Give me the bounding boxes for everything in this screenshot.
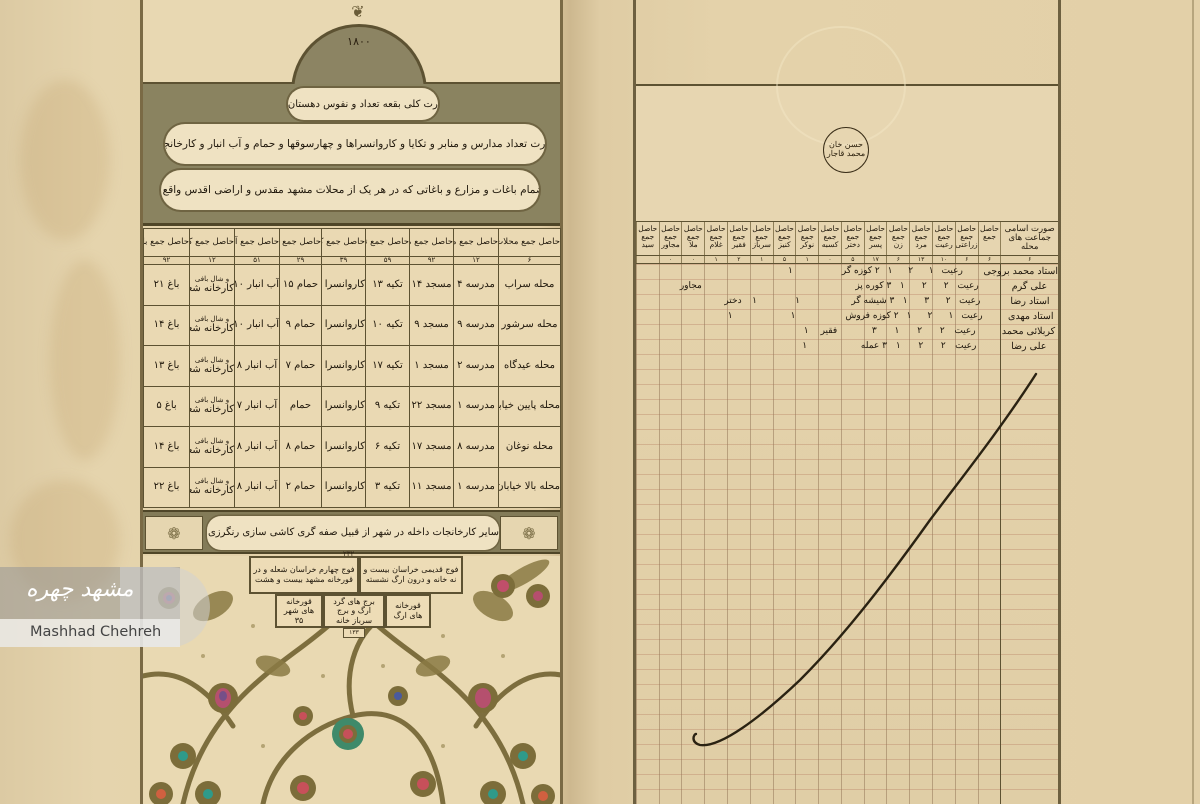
ledger-cell	[771, 339, 794, 354]
ledger-cell	[677, 264, 698, 279]
cell-madrese: مدرسه ۱	[454, 386, 499, 427]
ledger-row: استاد مهدی رعیت ۱ ۲ ۱ ۲ کوزه فروش ۱ ۱	[636, 309, 1058, 324]
cell-ab-anbar: آب انبار ۱۰	[235, 305, 280, 346]
cell-note: و شال بافی	[190, 396, 234, 404]
ledger-cell	[741, 309, 762, 324]
table-header-row: حاصل جمع باغات حاصل جمع کارخانجات حاصل ج…	[144, 229, 561, 257]
cell-takye: تکیه ۱۳	[366, 265, 410, 306]
total-cell: ۹۲	[144, 257, 190, 265]
cell-hammam: حمام ۹	[280, 305, 322, 346]
ledger-cell: ۱	[887, 339, 910, 354]
ownership-seal: حسن خان محمد قاجار	[823, 127, 869, 173]
ledger-cell	[657, 264, 678, 279]
cell-takye: تکیه ۶	[366, 427, 410, 468]
ledger-col-header: حاصل جمع	[978, 222, 1001, 255]
cell-value: کارخانه شعربافی ۳	[190, 485, 235, 496]
ledger-col-header: حاصل جمع مجاور	[659, 222, 682, 255]
note-box: قورخانه های ارگ	[385, 594, 431, 628]
ledger-cell: رعیت	[959, 294, 981, 309]
cell-madrese: مدرسه ۹	[454, 305, 499, 346]
ledger-row: استاد رضا رعیت ۲ ۳ ۱ ۳ شیشه گر ۱ ۱ دختر	[636, 294, 1058, 309]
ledger-cell	[636, 309, 657, 324]
ledger-cell	[698, 264, 719, 279]
ledger-cell	[636, 294, 658, 309]
table-row: باغ ۱۴ و شال بافیکارخانه شعربافی ۲ آب ان…	[144, 305, 561, 346]
ledger-total: ۵	[841, 256, 864, 263]
ledger-cell: ۱	[783, 309, 804, 324]
ledger-cell: رعیت	[942, 264, 963, 279]
ledger-cell	[746, 279, 768, 294]
cell-hammam: حمام ۸	[280, 427, 322, 468]
ledger-cell: رعیت	[961, 309, 982, 324]
ledger-total: ۱	[795, 256, 818, 263]
ledger-row: کربلائی محمد رعیت ۲ ۲ ۱ ۳ فقیر ۱	[636, 324, 1058, 339]
ledger-total: ۵	[773, 256, 796, 263]
cell-note: و شال بافی	[190, 356, 234, 364]
ledger-total: ۶	[955, 256, 978, 263]
ledger-cell	[726, 339, 749, 354]
ledger-cell-name: کربلائی محمد	[999, 324, 1058, 339]
col-header-masjed: حاصل جمع مساجد	[410, 229, 454, 257]
ledger-cell: رعیت	[957, 279, 979, 294]
cell-karvansara: کاروانسرا و تیمچه	[322, 346, 366, 387]
table-totals-row: ۹۲ ۱۲ ۵۱ ۲۹ ۳۹ ۵۹ ۹۲ ۱۲ ۶	[144, 257, 561, 265]
ledger-cell	[840, 324, 863, 339]
ledger-cell	[701, 294, 723, 309]
watermark-logo-text: مشهد چهره	[26, 577, 134, 602]
cell-mahalle: محله بالا خیابان	[499, 467, 561, 508]
cell-madrese: مدرسه ۸	[454, 427, 499, 468]
ledger-cell	[678, 309, 699, 324]
total-cell: ۵۹	[366, 257, 410, 265]
ledger-cell: مجاور	[680, 279, 702, 294]
ledger-col-header: حاصل جمع کنیز	[773, 222, 796, 255]
cell-karkhane: و شال بافیکارخانه شعربافی ۲	[190, 305, 235, 346]
cell-bagh: باغ ۱۴	[144, 305, 190, 346]
total-cell: ۲۹	[280, 257, 322, 265]
cell-value: کارخانه شعربافی ۱۵	[190, 445, 235, 456]
ledger-cell	[636, 339, 659, 354]
cell-mahalle: محله سراب	[499, 265, 561, 306]
ledger-cell-name: استاد رضا	[1002, 294, 1058, 309]
cell-madrese: مدرسه ۱	[454, 467, 499, 508]
ledger-body: استاد محمد بروجی رعیت ۱ ۲ ۱ ۲ کوزه گر ۱	[636, 264, 1058, 804]
ledger-cell: ۱	[780, 264, 801, 279]
cell-hammam: حمام	[280, 386, 322, 427]
ledger-col-header: حاصل جمع غلام	[704, 222, 727, 255]
ledger-cell	[636, 264, 657, 279]
ledger-total: ۶	[978, 256, 1001, 263]
table-row: باغ ۱۴ و شال بافیکارخانه شعربافی ۱۵ آب ا…	[144, 427, 561, 468]
ledger-total: ۶	[886, 256, 909, 263]
ledger-cell	[703, 339, 726, 354]
ledger-cell	[976, 324, 999, 339]
ledger-cell-name: استاد مهدی	[1004, 309, 1058, 324]
ledger-cell: ۱	[793, 339, 816, 354]
title-cloud-2: صورت تعداد مدارس و منابر و تکایا و کاروا…	[165, 124, 545, 164]
cell-bagh: باغ ۱۴	[144, 427, 190, 468]
ledger-cell	[681, 324, 704, 339]
cell-takye: تکیه ۱۰	[366, 305, 410, 346]
ledger-cell: فقیر	[818, 324, 841, 339]
ledger-cell	[704, 324, 727, 339]
ledger-cell	[636, 324, 659, 339]
folio-number: ۱۸۰۰	[294, 35, 424, 48]
ledger-cell: ۲	[908, 324, 931, 339]
ledger-row: علی رضا رعیت ۲ ۲ ۱ ۳ عمله ۱	[636, 339, 1058, 354]
ledger-cell	[808, 294, 830, 309]
ledger-cell: ۲	[913, 279, 935, 294]
ledger-total: ۱۳	[909, 256, 932, 263]
cell-karvansara: کاروانسرا و تیمچه ۲	[322, 305, 366, 346]
cell-karvansara: کاروانسرا و تیمچه ۵	[322, 265, 366, 306]
total-cell: ۵۱	[235, 257, 280, 265]
ledger-cell	[699, 309, 720, 324]
ledger-cell	[718, 264, 739, 279]
ledger-col-header: حاصل جمع مرد	[909, 222, 932, 255]
ledger-cell	[658, 294, 680, 309]
ledger-total: ۰	[681, 256, 704, 263]
cell-value: کارخانه شعربافی	[190, 404, 235, 415]
ledger-cell: دختر	[722, 294, 744, 309]
ledger-cell	[772, 324, 795, 339]
ledger-cell	[803, 309, 824, 324]
cell-mahalle: محله نوغان	[499, 427, 561, 468]
cell-note: و شال بافی	[190, 315, 234, 323]
title-cloud-3: به انضمام باغات و مزارع و باغاتی که در ه…	[161, 170, 539, 210]
ledger-cell	[765, 294, 787, 309]
ledger-cell: ۱	[891, 279, 913, 294]
col-header-madrese: حاصل جمع مدارس	[454, 229, 499, 257]
ledger-cell	[838, 339, 861, 354]
ledger-cell: ۲	[900, 264, 921, 279]
ledger-rows: استاد محمد بروجی رعیت ۱ ۲ ۱ ۲ کوزه گر ۱	[636, 264, 1058, 354]
ledger-cell: ۱	[894, 294, 916, 309]
total-cell: ۳۹	[322, 257, 366, 265]
ledger-cell	[724, 279, 746, 294]
table-row: باغ ۲۲ و شال بافیکارخانه شعربافی ۳ آب ان…	[144, 467, 561, 508]
col-header-karvansara: حاصل جمع کاروانسرا	[322, 229, 366, 257]
ledger-total	[636, 256, 659, 263]
cell-note: و شال بافی	[190, 275, 234, 283]
cell-ab-anbar: آب انبار ۸	[235, 346, 280, 387]
ledger-cell: ۱	[899, 309, 920, 324]
col-header-karkhane: حاصل جمع کارخانجات	[190, 229, 235, 257]
ledger-col-header: حاصل جمع نوکر	[795, 222, 818, 255]
ledger-cell: ۳	[916, 294, 938, 309]
page-edge	[1192, 0, 1194, 804]
ledger-cell-name: استاد محمد بروجی	[983, 264, 1058, 279]
ledger-total: ۱۷	[864, 256, 887, 263]
ledger-total: ۲	[727, 256, 750, 263]
note-box: برج های گرد ارگ و برج سرباز خانه	[323, 594, 385, 628]
ledger-cell: ۲ کوزه گر	[842, 264, 880, 279]
ledger-cell: ۲	[919, 309, 940, 324]
cell-takye: تکیه ۹	[366, 386, 410, 427]
ledger-cell	[657, 309, 678, 324]
ledger-total: ۶	[1000, 256, 1058, 263]
ledger-total: ۰	[818, 256, 841, 263]
note-box: فوج قدیمی خراسان بیست و نه خانه و درون ا…	[359, 556, 463, 594]
ledger-col-header: حاصل جمع ملا	[681, 222, 704, 255]
cell-bagh: باغ ۲۱	[144, 265, 190, 306]
title-band: صورت کلی بقعه تعداد و نفوس دهستان آن صور…	[143, 84, 560, 226]
left-page: ❦ ۱۸۰۰ صورت کلی بقعه تعداد و نفوس دهستان…	[140, 0, 563, 804]
ledger-cell	[749, 324, 772, 339]
cell-mahalle: محله سرشور	[499, 305, 561, 346]
cell-ab-anbar: آب انبار ۱۰	[235, 265, 280, 306]
cell-note: و شال بافی	[190, 477, 234, 485]
note-box: قورخانه های شهر ۳۵	[275, 594, 323, 628]
ledger-cell	[833, 279, 855, 294]
ledger-cell: ۳ کوره پز	[855, 279, 891, 294]
ledger-cell: ۱	[940, 309, 961, 324]
ledger-total: ۱	[750, 256, 773, 263]
ledger-cell	[679, 294, 701, 309]
cell-hammam: حمام ۱۵	[280, 265, 322, 306]
col-header-bagh: حاصل جمع باغات	[144, 229, 190, 257]
watermark-label: Mashhad Chehreh	[30, 624, 161, 640]
ledger-col-header: حاصل جمع دختر	[841, 222, 864, 255]
cell-karkhane: و شال بافیکارخانه شعربافی	[190, 386, 235, 427]
ledger-cell	[977, 339, 1000, 354]
cell-madrese: مدرسه ۴	[454, 265, 499, 306]
ledger-cell	[702, 279, 724, 294]
cell-ab-anbar: آب انبار ۸	[235, 467, 280, 508]
ledger-cell	[963, 264, 984, 279]
ledger-cell-name: علی گرم	[1001, 279, 1058, 294]
cell-takye: تکیه ۳	[366, 467, 410, 508]
ledger-col-header: صورت اسامی جماعت های محله	[1000, 222, 1058, 255]
footer-band: ❁ سایر کارخانجات داخله در شهر از قبیل صف…	[143, 510, 560, 554]
ledger-cell	[980, 294, 1002, 309]
table-row: باغ ۲۱ و شال بافیکارخانه شعربافی ۱۲ آب ا…	[144, 265, 561, 306]
col-header-hammam: حاصل جمع حمام	[280, 229, 322, 257]
mahalle-summary-table: حاصل جمع باغات حاصل جمع کارخانجات حاصل ج…	[143, 228, 561, 508]
ledger-col-header: حاصل جمع کسبه	[818, 222, 841, 255]
ledger-cell	[830, 294, 852, 309]
ledger-cell: ۲	[910, 339, 933, 354]
ledger-cell: ۲	[937, 294, 959, 309]
ledger-col-header: حاصل جمع سید	[636, 222, 659, 255]
table-row: باغ ۱۳ و شال بافیکارخانه شعربافی آب انبا…	[144, 346, 561, 387]
ledger-cell	[739, 264, 760, 279]
total-cell: ۹۲	[410, 257, 454, 265]
cell-bagh: باغ ۵	[144, 386, 190, 427]
ledger-cell	[824, 309, 845, 324]
ledger-cell	[762, 309, 783, 324]
footer-cloud: سایر کارخانجات داخله در شهر از قبیل صفه …	[207, 516, 499, 550]
ledger-cell	[801, 264, 822, 279]
right-page: حسن خان محمد قاجار صورت اسامی جماعت های …	[633, 0, 1061, 804]
ledger-cell: ۱	[744, 294, 766, 309]
ledger-cell: ۲	[935, 279, 957, 294]
ledger-cell: ۳ عمله	[861, 339, 887, 354]
cell-karkhane: و شال بافیکارخانه شعربافی ۱۲	[190, 265, 235, 306]
ledger-cell: ۲	[931, 324, 954, 339]
ledger-cell	[748, 339, 771, 354]
cell-karkhane: و شال بافیکارخانه شعربافی ۳	[190, 467, 235, 508]
cell-takye: تکیه ۱۷	[366, 346, 410, 387]
ledger-cell	[727, 324, 750, 339]
ledger-cell: ۳ شیشه گر	[851, 294, 894, 309]
note-box: فوج چهارم خراسان شعله و در قورخانه مشهد …	[249, 556, 359, 594]
ledger-totals-row: ۶ ۶ ۶ ۱۰ ۱۳ ۶ ۱۷ ۵ ۰ ۱ ۵ ۱ ۲ ۱ ۰ ۰	[636, 256, 1058, 264]
floral-finial-icon: ❦	[343, 2, 373, 22]
cell-karvansara: کاروانسرا و تیمچه ۱	[322, 386, 366, 427]
ledger-cell: ۲	[932, 339, 955, 354]
ledger-cell	[658, 279, 680, 294]
ledger-cell: ۱	[880, 264, 901, 279]
total-cell: ۱۲	[454, 257, 499, 265]
cell-masjed: مسجد ۲۲	[410, 386, 454, 427]
col-header-takye: حاصل جمع تکایا	[366, 229, 410, 257]
cell-value: کارخانه شعربافی ۱۲	[190, 283, 235, 294]
left-page-top-margin: ❦ ۱۸۰۰	[143, 0, 560, 84]
cell-karkhane: و شال بافیکارخانه شعربافی ۱۵	[190, 427, 235, 468]
cell-masjed: مسجد ۱۱	[410, 467, 454, 508]
table-row: باغ ۵ و شال بافیکارخانه شعربافی آب انبار…	[144, 386, 561, 427]
cell-masjed: مسجد ۱۷	[410, 427, 454, 468]
cell-masjed: مسجد ۱	[410, 346, 454, 387]
paper-stain	[20, 80, 110, 240]
ledger-total: ۰	[659, 256, 682, 263]
ledger-cell	[681, 339, 704, 354]
ledger-col-header: حاصل جمع سرباز	[750, 222, 773, 255]
cell-karkhane: و شال بافیکارخانه شعربافی	[190, 346, 235, 387]
ledger-cell	[821, 264, 842, 279]
floral-ornament-icon: ❁	[145, 516, 203, 550]
ledger-row: استاد محمد بروجی رعیت ۱ ۲ ۱ ۲ کوزه گر ۱	[636, 264, 1058, 279]
ledger-cell: ۱	[921, 264, 942, 279]
cell-masjed: مسجد ۹	[410, 305, 454, 346]
ledger-cell: ۳	[863, 324, 886, 339]
ledger-cell	[790, 279, 812, 294]
total-cell: ۶	[499, 257, 561, 265]
ledger-cell: ۱	[795, 324, 818, 339]
ledger-cell: ۱	[720, 309, 741, 324]
cell-ab-anbar: آب انبار ۸	[235, 427, 280, 468]
ledger-cell	[768, 279, 790, 294]
cell-masjed: مسجد ۱۴	[410, 265, 454, 306]
cell-bagh: باغ ۲۲	[144, 467, 190, 508]
col-header-ab-anbar: حاصل جمع آب انبار	[235, 229, 280, 257]
ledger-cell: ۲ کوزه فروش	[845, 309, 898, 324]
cell-value: کارخانه شعربافی	[190, 364, 235, 375]
cell-karvansara: کاروانسرا و تیمچه ۱	[322, 467, 366, 508]
ledger-cell	[979, 279, 1001, 294]
ledger-cell: رعیت	[954, 324, 977, 339]
cell-mahalle: محله پایین خیابان	[499, 386, 561, 427]
cell-karvansara: کاروانسرا و تیمچه ۱۳	[322, 427, 366, 468]
cell-hammam: حمام ۲	[280, 467, 322, 508]
cell-note: و شال بافی	[190, 437, 234, 445]
ledger-total: ۱۰	[932, 256, 955, 263]
ledger-cell	[760, 264, 781, 279]
ledger-cell-name: علی رضا	[1000, 339, 1058, 354]
cell-value: کارخانه شعربافی ۲	[190, 323, 235, 334]
ledger-cell: رعیت	[955, 339, 978, 354]
cell-mahalle: محله عیدگاه	[499, 346, 561, 387]
ledger-cell	[812, 279, 834, 294]
ledger-cell	[658, 339, 681, 354]
ledger-total: ۱	[704, 256, 727, 263]
ledger-col-header: حاصل جمع فقیر	[727, 222, 750, 255]
ledger-header-row: صورت اسامی جماعت های محله حاصل جمع حاصل …	[636, 222, 1058, 256]
ledger-cell	[983, 309, 1004, 324]
ledger-cell	[659, 324, 682, 339]
paper-stain	[50, 260, 120, 460]
ledger-cell: ۱	[787, 294, 809, 309]
watermark-logo: مشهد چهره Mashhad Chehreh	[0, 567, 210, 647]
ledger-col-header: حاصل جمع زراعتی	[955, 222, 978, 255]
cell-ab-anbar: آب انبار ۷	[235, 386, 280, 427]
cell-hammam: حمام ۷	[280, 346, 322, 387]
right-heading-block: حسن خان محمد قاجار	[636, 86, 1058, 222]
page-number-box: ۱۳۳	[343, 628, 365, 638]
ledger-row: علی گرم رعیت ۲ ۲ ۱ ۳ کوره پز مجاور	[636, 279, 1058, 294]
ledger-cell	[636, 279, 658, 294]
ledger-col-header: حاصل جمع زن	[886, 222, 909, 255]
total-cell: ۱۲	[190, 257, 235, 265]
cell-madrese: مدرسه ۲	[454, 346, 499, 387]
ledger-cell	[816, 339, 839, 354]
ledger-cell: ۱	[886, 324, 909, 339]
col-header-mahalle: حاصل جمع محلات	[499, 229, 561, 257]
title-cloud-1: صورت کلی بقعه تعداد و نفوس دهستان آن	[288, 88, 438, 120]
ledger-col-header: حاصل جمع رعیت	[932, 222, 955, 255]
floral-ornament-icon: ❁	[500, 516, 558, 550]
ledger-col-header: حاصل جمع پسر	[864, 222, 887, 255]
cell-bagh: باغ ۱۳	[144, 346, 190, 387]
